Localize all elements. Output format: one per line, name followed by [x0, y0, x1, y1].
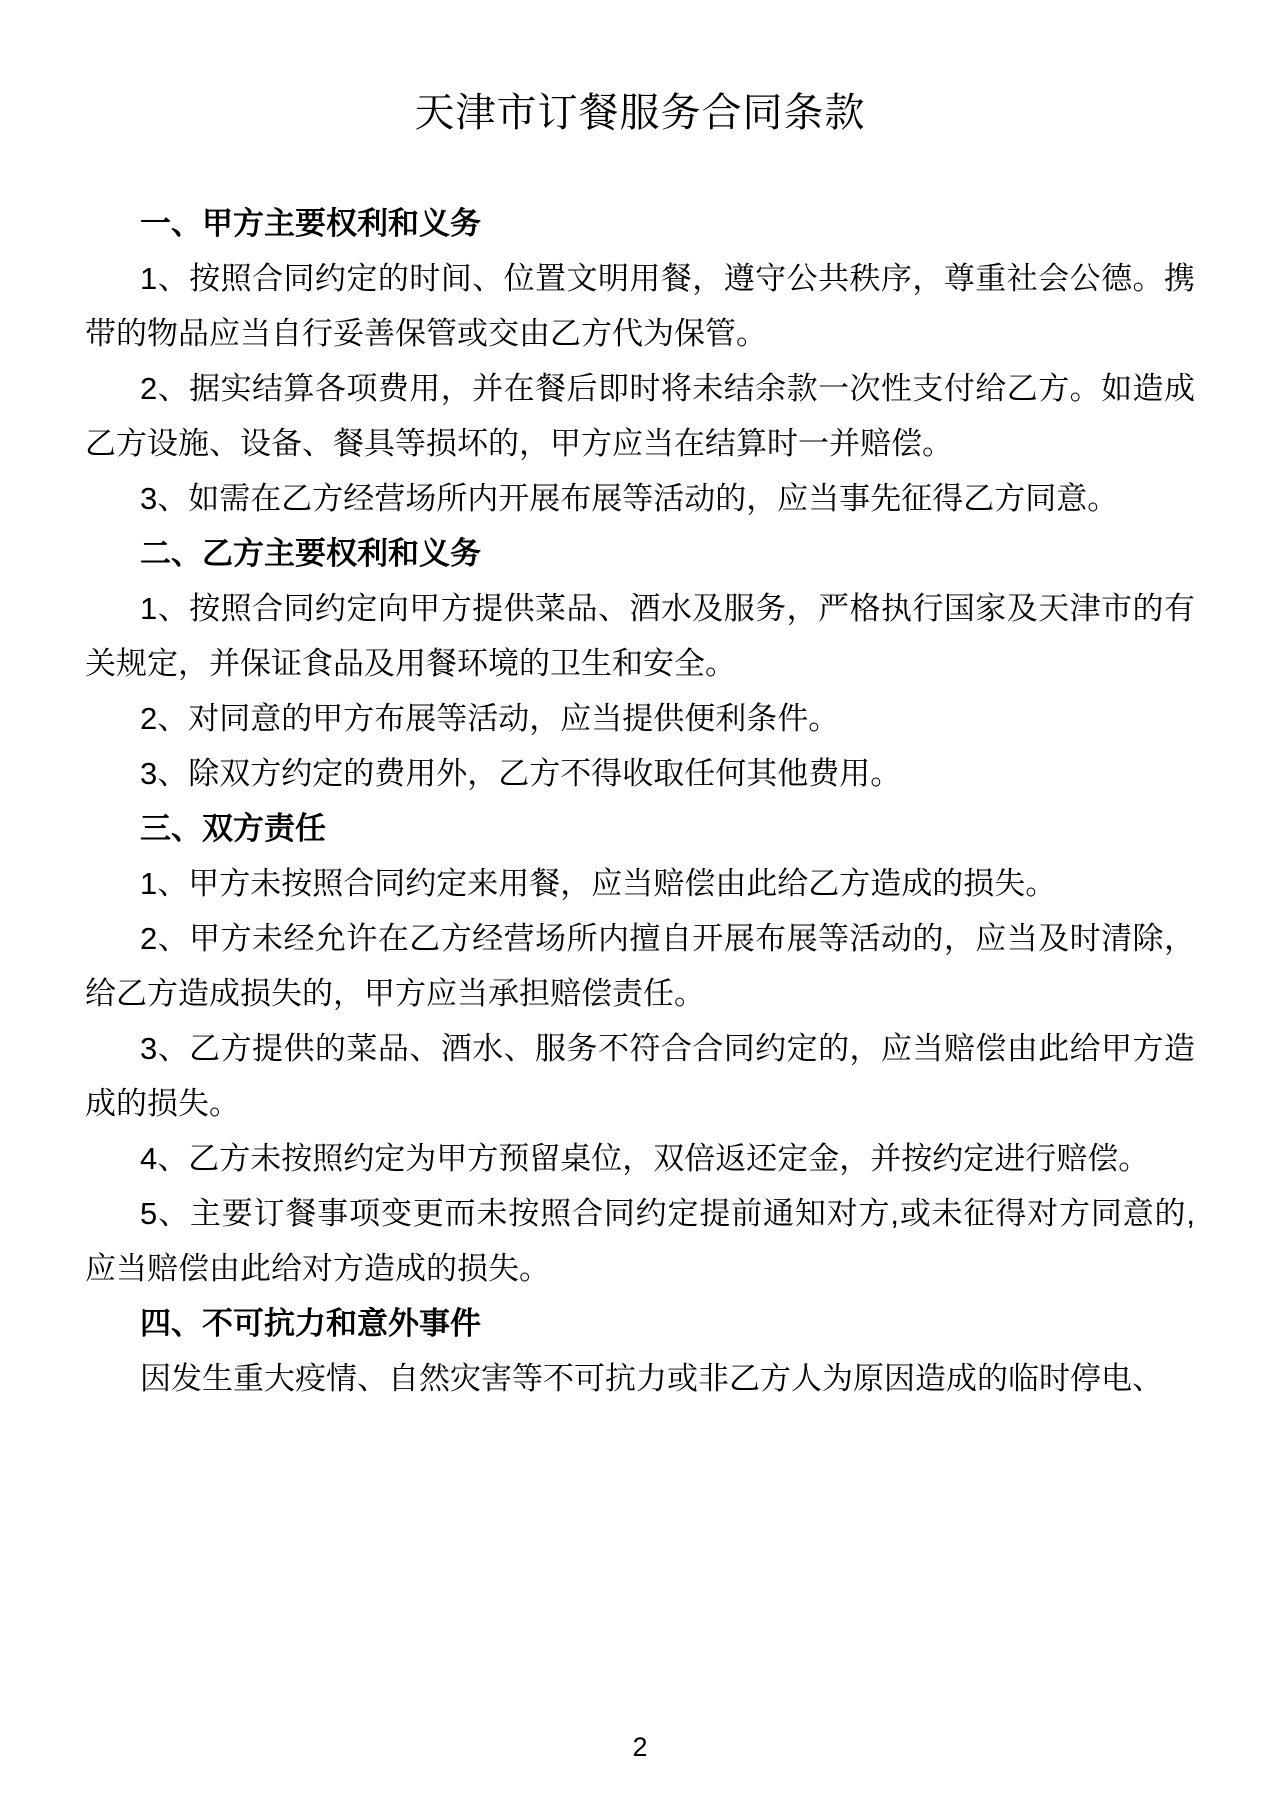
section-heading: 四、不可抗力和意外事件 — [85, 1296, 1195, 1351]
section-heading: 三、双方责任 — [85, 801, 1195, 856]
section-heading: 二、乙方主要权利和义务 — [85, 526, 1195, 581]
contract-paragraph: 5、主要订餐事项变更而未按照合同约定提前通知对方,或未征得对方同意的,应当赔偿由… — [85, 1186, 1195, 1296]
contract-paragraph: 3、如需在乙方经营场所内开展布展等活动的，应当事先征得乙方同意。 — [85, 471, 1195, 526]
contract-paragraph: 2、据实结算各项费用，并在餐后即时将未结余款一次性支付给乙方。如造成乙方设施、设… — [85, 361, 1195, 471]
contract-paragraph: 1、按照合同约定向甲方提供菜品、酒水及服务，严格执行国家及天津市的有关规定，并保… — [85, 581, 1195, 691]
contract-paragraph: 4、乙方未按照约定为甲方预留桌位，双倍返还定金，并按约定进行赔偿。 — [85, 1131, 1195, 1186]
contract-paragraph: 1、甲方未按照合同约定来用餐，应当赔偿由此给乙方造成的损失。 — [85, 856, 1195, 911]
contract-page: 天津市订餐服务合同条款 一、甲方主要权利和义务1、按照合同约定的时间、位置文明用… — [0, 0, 1280, 1809]
contract-paragraph: 3、乙方提供的菜品、酒水、服务不符合合同约定的，应当赔偿由此给甲方造成的损失。 — [85, 1021, 1195, 1131]
page-number: 2 — [0, 1732, 1280, 1762]
contract-paragraph: 2、甲方未经允许在乙方经营场所内擅自开展布展等活动的，应当及时清除，给乙方造成损… — [85, 911, 1195, 1021]
section-heading: 一、甲方主要权利和义务 — [85, 196, 1195, 251]
contract-paragraph: 因发生重大疫情、自然灾害等不可抗力或非乙方人为原因造成的临时停电、 — [85, 1351, 1195, 1406]
contract-paragraph: 3、除双方约定的费用外，乙方不得收取任何其他费用。 — [85, 746, 1195, 801]
contract-paragraph: 2、对同意的甲方布展等活动，应当提供便利条件。 — [85, 691, 1195, 746]
document-body: 一、甲方主要权利和义务1、按照合同约定的时间、位置文明用餐，遵守公共秩序，尊重社… — [85, 196, 1195, 1406]
contract-paragraph: 1、按照合同约定的时间、位置文明用餐，遵守公共秩序，尊重社会公德。携带的物品应当… — [85, 251, 1195, 361]
document-title: 天津市订餐服务合同条款 — [85, 0, 1195, 138]
